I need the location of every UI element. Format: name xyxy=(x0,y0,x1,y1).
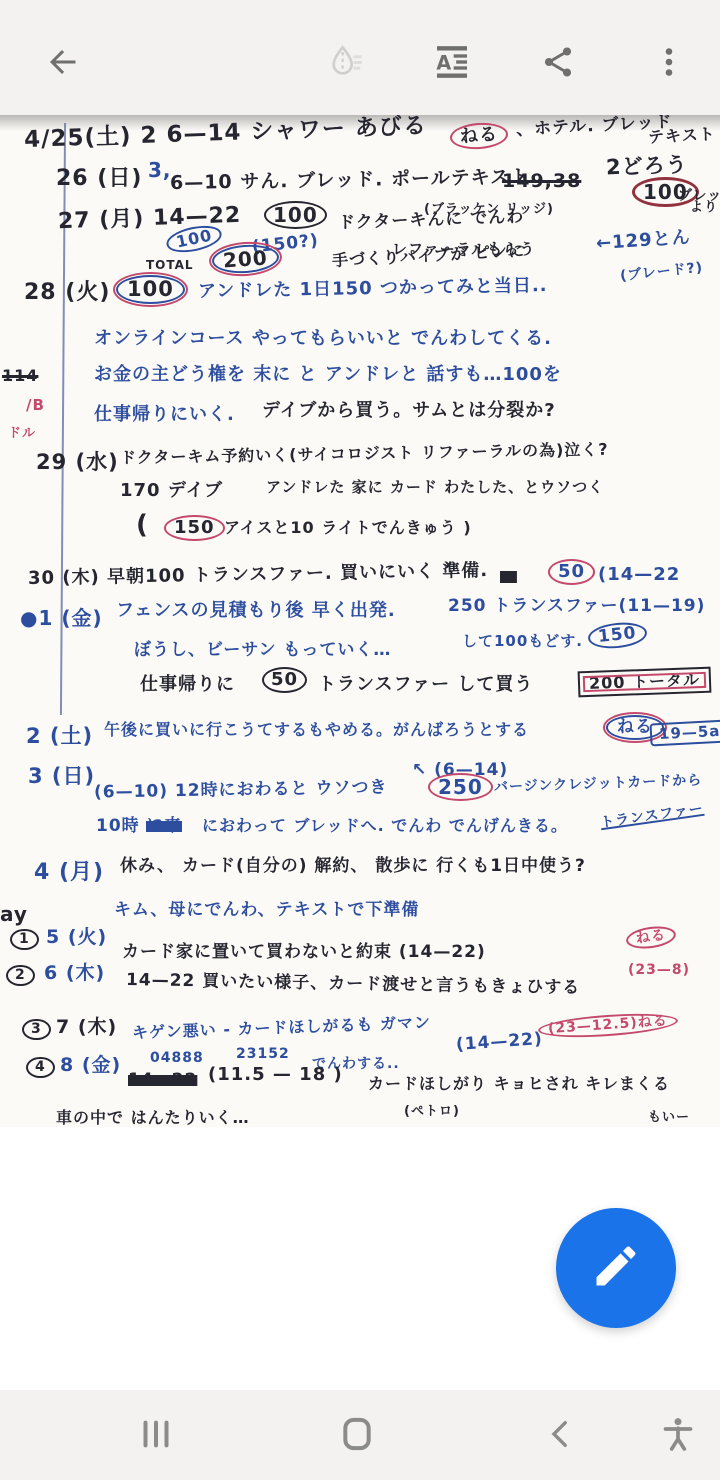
accessibility-button[interactable] xyxy=(650,1408,706,1464)
handwriting-line: 1 xyxy=(10,929,39,950)
handwriting-line: オンラインコース やってもらいいと でんわしてくる. xyxy=(94,329,552,349)
handwriting-line: アンドレた 家に カード わたした、とウソつく xyxy=(266,479,604,496)
handwriting-line: 100 xyxy=(264,201,327,229)
handwriting-line: 2 xyxy=(6,965,35,986)
handwriting-line: (ブレード?) xyxy=(619,261,704,285)
handwriting-line: (14—22 xyxy=(598,565,680,585)
handwriting-line: (23—12.5)ねる xyxy=(537,1010,678,1041)
handwriting-line: キゲン悪い - カードほしがるも ガマン xyxy=(132,1014,431,1042)
handwriting-line: 車の中で はんたりいく… xyxy=(56,1109,250,1127)
home-button[interactable] xyxy=(329,1408,385,1464)
handwriting-line: 手づくりパイプが ピンに xyxy=(332,242,526,270)
handwriting-line: ●1 (金) xyxy=(20,607,103,629)
edit-fab[interactable] xyxy=(556,1208,676,1328)
handwriting-line: 休み、 カード(自分の) 解約、 散歩に 行くも1日中使う? xyxy=(120,857,586,876)
handwriting-line: 19—5am xyxy=(649,719,720,746)
handwriting-line: (23—8) xyxy=(628,963,690,978)
handwriting-line: 4 (月) xyxy=(34,861,104,885)
handwriting-line: 14—22 xyxy=(128,1071,197,1090)
handwriting-line: ドクターキム予約いく(サイコロジスト リファーラルの為)泣く? xyxy=(120,441,609,467)
overflow-menu-icon xyxy=(651,44,687,80)
handwriting-line: 250 xyxy=(428,773,493,801)
handwriting-line: キム、母にでんわ、テキストで下準備 xyxy=(114,901,419,920)
recents-icon xyxy=(136,1414,176,1458)
handwriting-line: 26 (日) xyxy=(56,167,142,191)
handwriting-line: 2どろう xyxy=(606,154,688,180)
handwriting-line: アイスと10 ライトでんきゅう ) xyxy=(224,519,472,537)
bottom-nav-bar xyxy=(0,1390,720,1480)
handwriting-line: 3 (日) xyxy=(28,765,95,788)
handwriting-line: もいー xyxy=(648,1111,690,1125)
handwriting-line: 仕事帰りにいく. xyxy=(94,405,235,425)
back-chevron-icon xyxy=(544,1417,578,1455)
handwriting-line: トランスファー して買う xyxy=(318,675,533,695)
handwriting-line: に来 xyxy=(146,817,182,836)
handwriting-line: 3 xyxy=(22,1019,51,1040)
handwriting-line: 午後に買いに行こうてするもやめる。がんばろうとする xyxy=(104,721,529,739)
handwriting-line: 5 (火) xyxy=(46,927,107,948)
handwriting-line: テキスト xyxy=(648,125,717,146)
back-button[interactable] xyxy=(38,38,86,86)
handwriting-line: 29 (水) xyxy=(36,451,119,474)
handwriting-line: (14—22) xyxy=(455,1030,543,1055)
handwriting-line: ねる xyxy=(625,924,677,952)
handwriting-line: 100 xyxy=(116,275,185,304)
handwriting-line: ←129とん xyxy=(595,228,691,254)
handwriting-line: トランスファー xyxy=(599,802,704,832)
handwriting-line: お金の主どう権を 末に と アンドレと 話すも…100を xyxy=(94,365,562,385)
handwriting-line: 8 (金) xyxy=(60,1055,121,1076)
handwriting-line: ay xyxy=(0,903,28,925)
share-icon xyxy=(540,44,576,80)
handwriting-line: (11.5 — 18 ) xyxy=(208,1065,343,1085)
home-icon xyxy=(337,1414,377,1458)
handwriting-line: ドクターキんに でんわ xyxy=(338,208,525,233)
handwriting-line: フェンスの見積もり後 早く出発. xyxy=(116,601,396,621)
handwriting-line: 149,38 xyxy=(502,171,581,192)
handwriting-line: 50 xyxy=(548,559,595,585)
back-nav-button[interactable] xyxy=(533,1408,589,1464)
overflow-menu-button[interactable] xyxy=(645,38,693,86)
handwriting-line: 04888 xyxy=(150,1051,204,1066)
handwriting-line: 7 (木) xyxy=(56,1017,117,1038)
handwriting-line: して100もどす. xyxy=(462,633,583,650)
handwriting-line: TOTAL xyxy=(146,259,194,272)
handwriting-line: 10時 xyxy=(96,817,140,836)
handwriting-line: 50 xyxy=(262,667,307,693)
auto-adjust-button xyxy=(322,38,370,86)
handwriting-line: 4 xyxy=(26,1057,55,1078)
handwriting-line: カード家に置いて買わないと約束 (14—22) xyxy=(122,943,486,962)
handwriting-line: バージンクレジットカードから xyxy=(494,773,703,796)
handwriting-line: 2 (土) xyxy=(26,725,93,748)
pencil-icon xyxy=(590,1240,642,1296)
handwriting-line: より xyxy=(690,201,718,215)
handwriting-line: ( xyxy=(136,511,149,540)
handwriting-line: 14—22 買いたい様子、カード渡せと言うもきょひする xyxy=(126,971,580,998)
handwriting-line: 114 xyxy=(2,367,38,385)
handwriting-line: /B xyxy=(26,397,45,414)
top-toolbar: A xyxy=(0,0,720,115)
handwriting-line: (6—10) 12時におわると ウソつき xyxy=(94,778,388,802)
phone-screen: A xyxy=(0,0,720,1480)
handwriting-line: 23152 xyxy=(236,1047,290,1062)
text-recognition-icon: A xyxy=(432,42,472,82)
handwriting-line: 28 (火) xyxy=(24,281,110,305)
accessibility-person-icon xyxy=(658,1414,698,1458)
handwriting-line: 6 (木) xyxy=(44,963,105,984)
handwriting-line: 150 xyxy=(587,620,648,651)
handwriting-line: におわって ブレッドへ. でんわ でんげんきる。 xyxy=(202,817,568,835)
handwriting-line: デイブから買う。サムとは分裂か? xyxy=(262,401,556,421)
note-photo[interactable]: 4/25(土) 2 6—14 シャワー あびるねる、ホテル. ブレッドテキスト2… xyxy=(0,115,720,1127)
share-button[interactable] xyxy=(534,38,582,86)
svg-text:A: A xyxy=(436,51,451,74)
handwriting-line: 6—10 サん. ブレッド. ポールテキスト xyxy=(170,167,531,194)
handwriting-line: ドル xyxy=(8,427,36,441)
handwriting-line: ぼうし、ビーサン もっていく… xyxy=(134,641,391,660)
recents-button[interactable] xyxy=(128,1408,184,1464)
handwriting-line: 150 xyxy=(164,515,225,541)
handwriting-line: カードほしがり キョヒされ キレまくる xyxy=(368,1075,670,1093)
handwriting-line: 30 (木) 早朝100 トランスファー. 買いにいく 準備. xyxy=(28,561,488,589)
handwriting-line: アンドレた 1日150 つかってみと当日.. xyxy=(198,276,548,302)
handwriting-line: (ペトロ) xyxy=(404,1105,460,1119)
handwriting-line: 200 xyxy=(211,243,280,276)
handwriting-line: 仕事帰りに xyxy=(140,675,235,695)
handwriting-line: 170 デイブ xyxy=(120,481,223,501)
arrow-left-icon xyxy=(44,44,80,80)
handwriting-line: 3, xyxy=(148,159,172,181)
handwriting-line: 200 トータル xyxy=(578,667,712,697)
extract-text-button[interactable]: A xyxy=(428,38,476,86)
handwriting-line: → xyxy=(500,567,517,588)
handwriting-line: 250 トランスファー(11—19) xyxy=(448,597,705,616)
droplet-adjust-icon xyxy=(326,42,366,82)
